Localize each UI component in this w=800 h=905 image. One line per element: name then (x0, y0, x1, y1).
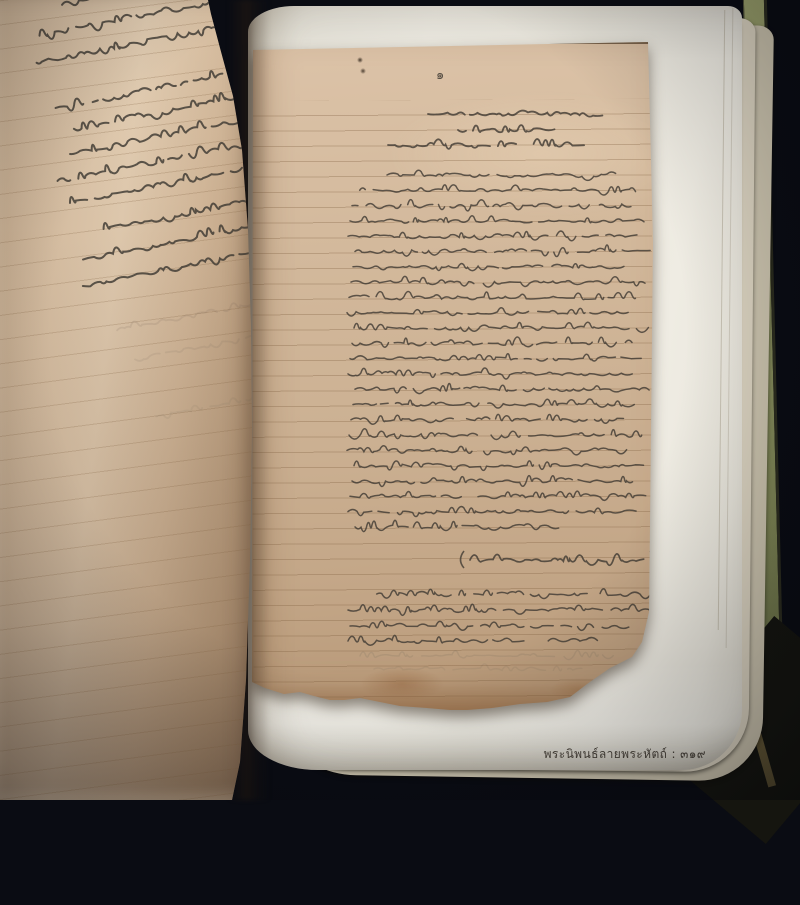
manuscript-wrapper: ๑ (252, 42, 654, 718)
manuscript-folio-number: ๑ (436, 64, 444, 85)
manuscript-page: ๑ (252, 42, 654, 718)
manuscript-handwriting-strokes (252, 44, 654, 720)
left-page (0, 0, 256, 800)
page-caption: พระนิพนธ์ลายพระหัตถ์ : ๓๑๙ (498, 745, 706, 764)
photo-background: ๑ พระนิพนธ์ลายพระหัตถ์ : ๓๑๙ (0, 0, 800, 800)
